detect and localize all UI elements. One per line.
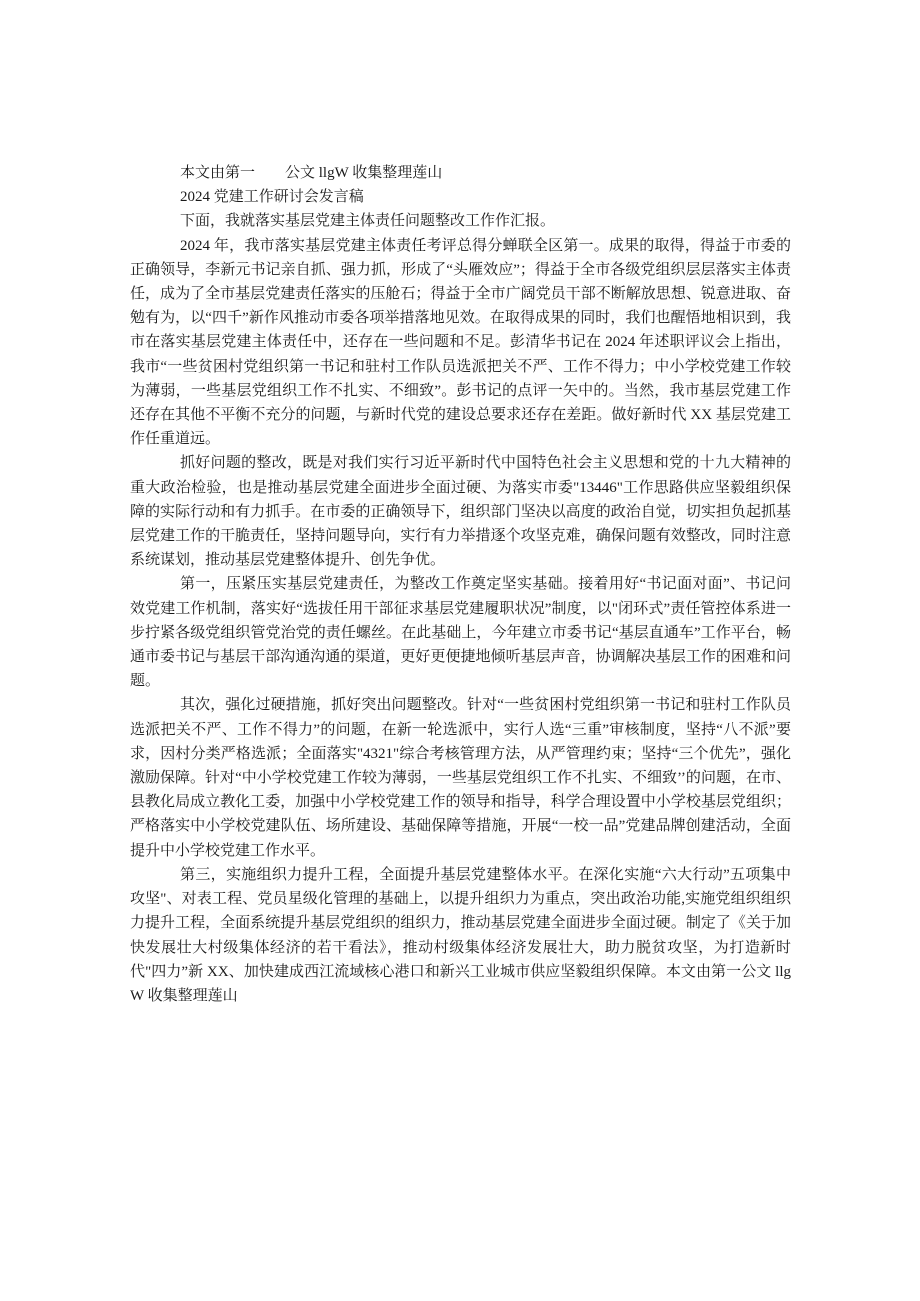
paragraph-first-measure: 第一，压紧压实基层党建责任，为整改工作奠定坚实基础。接着用好“书记面对面”、书记…: [130, 572, 791, 693]
document-page: 本文由第一 公文 llgW 收集整理莲山 2024 党建工作研讨会发言稿 下面，…: [0, 0, 920, 1301]
watermark-line-top: 本文由第一 公文 llgW 收集整理莲山: [130, 161, 791, 185]
document-content: 本文由第一 公文 llgW 收集整理莲山 2024 党建工作研讨会发言稿 下面，…: [130, 161, 791, 1008]
paragraph-achievements-and-problems: 2024 年，我市落实基层党建主体责任考评总得分蝉联全区第一。成果的取得，得益于…: [130, 234, 791, 452]
paragraph-rectification-significance: 抓好问题的整改，既是对我们实行习近平新时代中国特色社会主义思想和党的十九大精神的…: [130, 451, 791, 572]
document-title: 2024 党建工作研讨会发言稿: [130, 185, 791, 209]
paragraph-third-measure: 第三，实施组织力提升工程，全面提升基层党建整体水平。在深化实施“六大行动”五项集…: [130, 863, 791, 1008]
intro-line: 下面，我就落实基层党建主体责任问题整改工作作汇报。: [130, 209, 791, 233]
paragraph-second-measure: 其次，强化过硬措施，抓好突出问题整改。针对“一些贫困村党组织第一书记和驻村工作队…: [130, 693, 791, 862]
